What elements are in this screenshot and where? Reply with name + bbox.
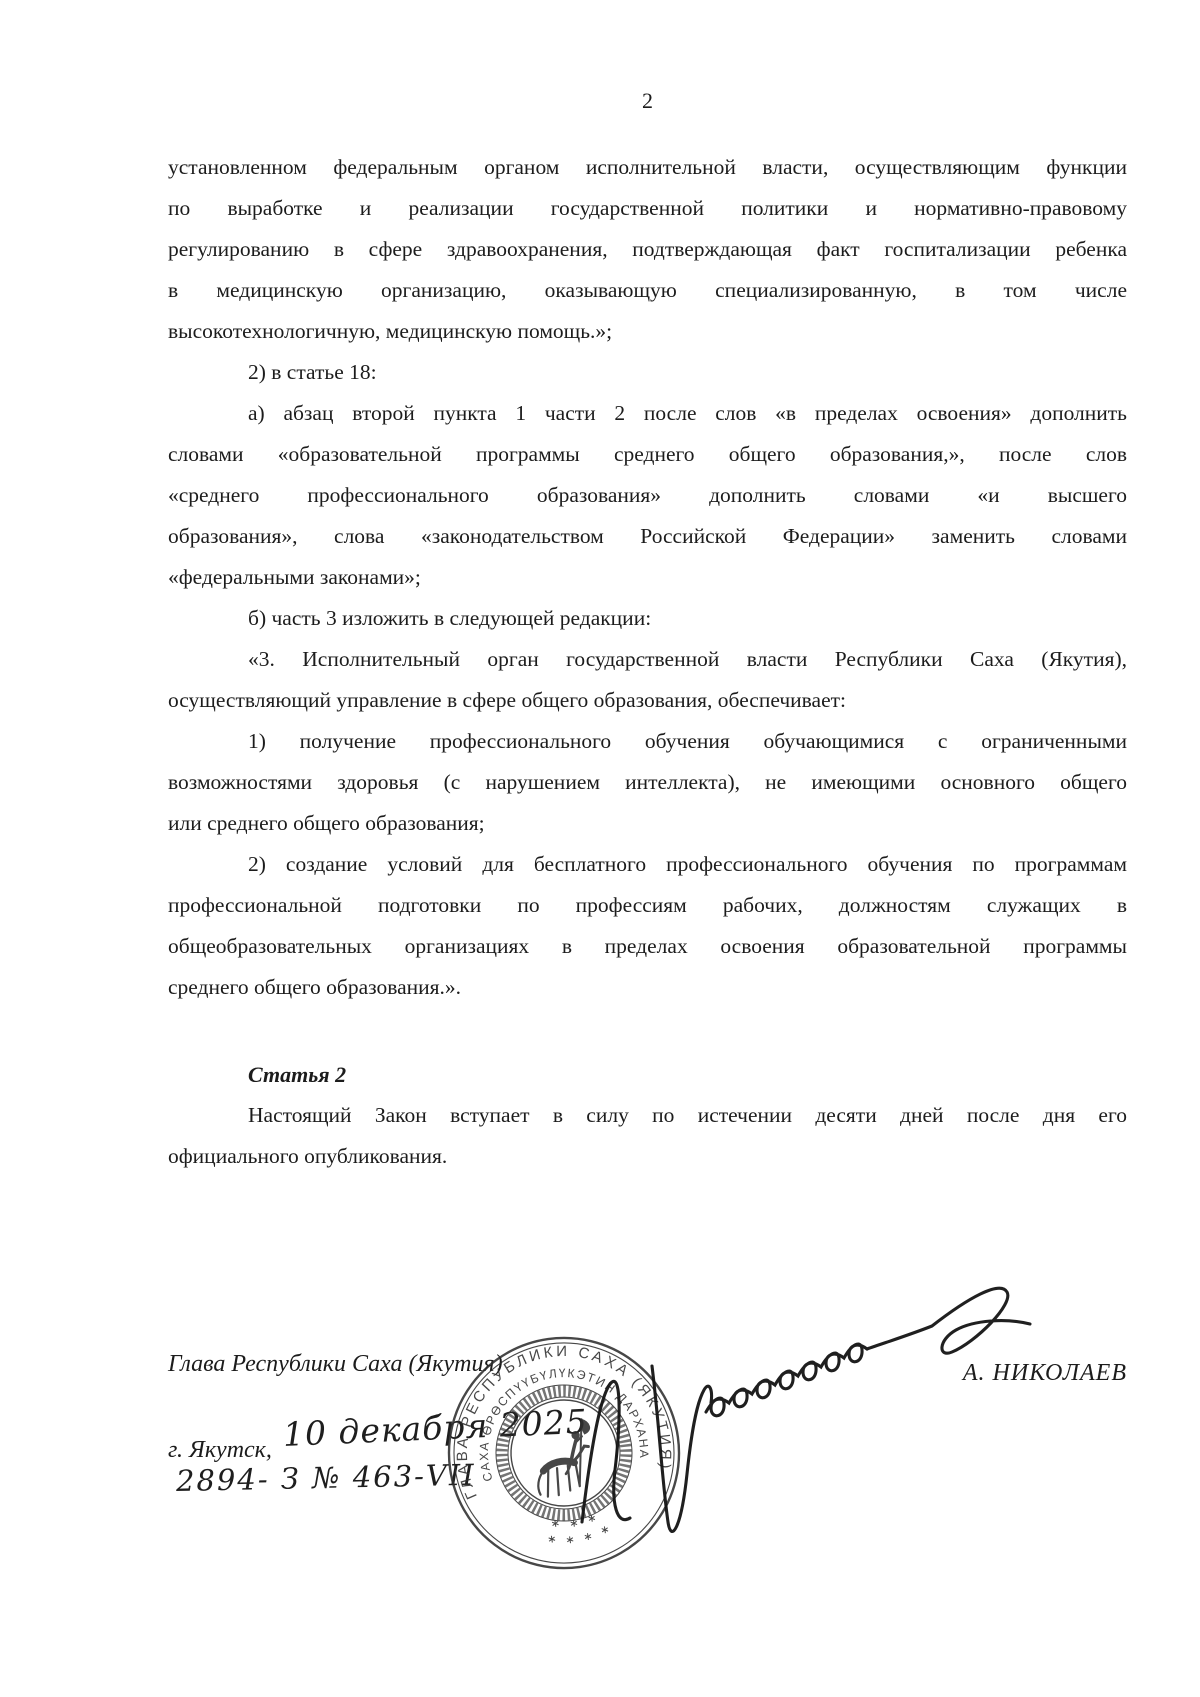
document-page: 2 установленном федеральным органом испо…: [0, 0, 1200, 1697]
text-line: а) абзац второй пункта 1 части 2 после с…: [168, 393, 1127, 434]
place-label: г. Якутск,: [168, 1437, 272, 1464]
text-line: словами «образовательной программы средн…: [168, 434, 1127, 475]
text-line: официального опубликования.: [168, 1136, 1127, 1177]
text-line: профессиональной подготовки по профессия…: [168, 885, 1127, 926]
text-line: 1) получение профессионального обучения …: [168, 721, 1127, 762]
text-line: среднего общего образования.».: [168, 967, 1127, 1008]
handwritten-signature: [540, 1270, 1060, 1560]
text-line: возможностями здоровья (с нарушением инт…: [168, 762, 1127, 803]
page-number: 2: [168, 88, 1127, 114]
text-line: высокотехнологичную, медицинскую помощь.…: [168, 311, 1127, 352]
document-body: установленном федеральным органом исполн…: [168, 147, 1127, 1177]
text-line: 2) создание условий для бесплатного проф…: [168, 844, 1127, 885]
text-line: Настоящий Закон вступает в силу по истеч…: [168, 1095, 1127, 1136]
text-line: общеобразовательных организациях в преде…: [168, 926, 1127, 967]
text-line: по выработке и реализации государственно…: [168, 188, 1127, 229]
text-line: «федеральными законами»;: [168, 557, 1127, 598]
text-line: «среднего профессионального образования»…: [168, 475, 1127, 516]
handwritten-law-number: 2894- З № 463-VII: [176, 1458, 476, 1498]
text-line: 2) в статье 18:: [168, 352, 1127, 393]
text-line: б) часть 3 изложить в следующей редакции…: [168, 598, 1127, 639]
article-heading: Статья 2: [168, 1054, 1127, 1095]
text-line: регулированию в сфере здравоохранения, п…: [168, 229, 1127, 270]
text-line: «3. Исполнительный орган государственной…: [168, 639, 1127, 680]
text-line: осуществляющий управление в сфере общего…: [168, 680, 1127, 721]
text-line: установленном федеральным органом исполн…: [168, 147, 1127, 188]
text-line: в медицинскую организацию, оказывающую с…: [168, 270, 1127, 311]
text-line: образования», слова «законодательством Р…: [168, 516, 1127, 557]
text-line: или среднего общего образования;: [168, 803, 1127, 844]
